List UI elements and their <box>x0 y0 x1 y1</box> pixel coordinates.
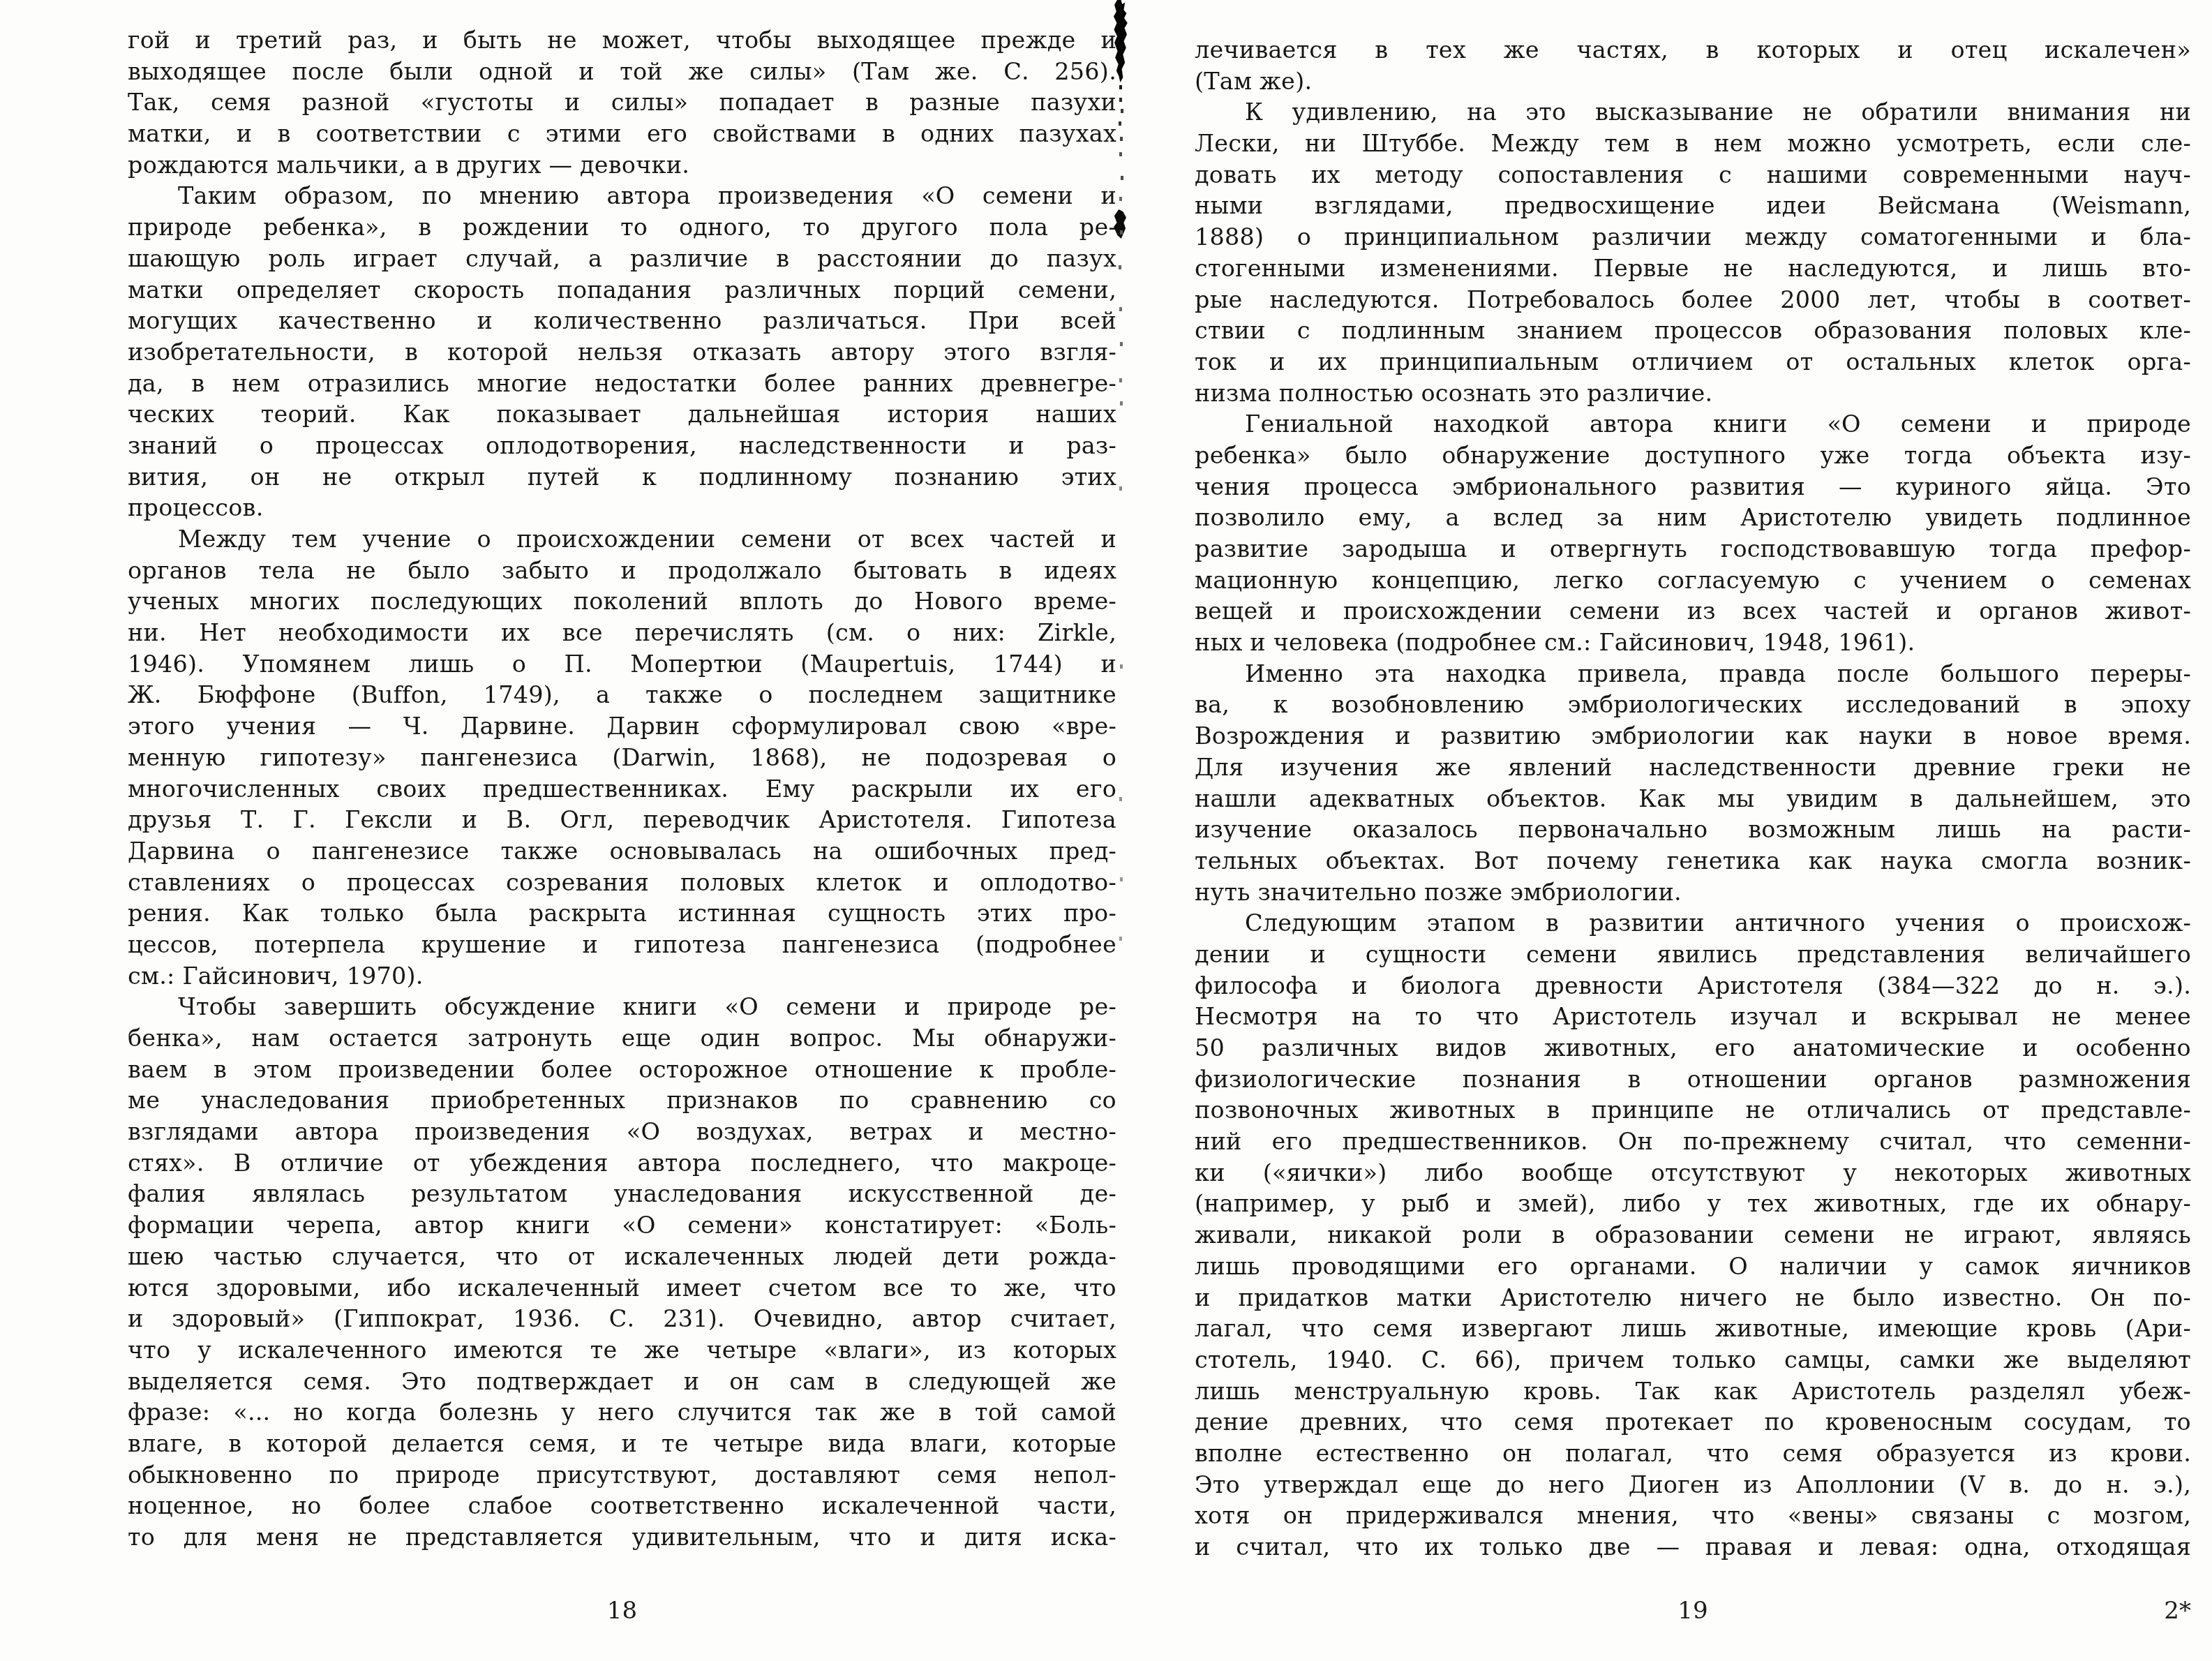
text-line: 1888) о принципиальном различии между со… <box>1195 222 2191 253</box>
text-line: ни. Нет необходимости их все перечислять… <box>128 618 1116 649</box>
text-line: многочисленных своих предшественниках. Е… <box>128 774 1116 805</box>
text-line: ных и человека (подробнее см.: Гайсинови… <box>1195 627 2191 659</box>
text-line: рые наследуются. Потребовалось более 200… <box>1195 285 2191 316</box>
text-line: матки определяет скорость попадания разл… <box>128 275 1116 306</box>
text-line: что у искалеченного имеются те же четыре… <box>128 1335 1116 1366</box>
text-line: органов тела не было забыто и продолжало… <box>128 556 1116 587</box>
text-line: ва, к возобновлению эмбриологических исс… <box>1195 690 2191 721</box>
text-line: Именно эта находка привела, правда после… <box>1195 659 2191 690</box>
signature-mark: 2* <box>2114 1597 2191 1625</box>
text-line: Ж. Бюффоне (Buffon, 1749), а также о пос… <box>128 680 1116 711</box>
text-line: гой и третий раз, и быть не может, чтобы… <box>128 25 1116 57</box>
text-line: Между тем учение о происхождении семени … <box>128 524 1116 556</box>
text-line: формации черепа, автор книги «О семени» … <box>128 1210 1116 1242</box>
text-line: 50 различных видов животных, его анатоми… <box>1195 1033 2191 1064</box>
text-line: друзья Т. Г. Гексли и В. Огл, переводчик… <box>128 805 1116 836</box>
text-line: физиологические познания в отношении орг… <box>1195 1064 2191 1096</box>
text-line: хотя он придерживался мнения, что «вены»… <box>1195 1500 2191 1532</box>
text-line: Дарвина о пангенезисе также основывалась… <box>128 836 1116 867</box>
text-line: шающую роль играет случай, а различие в … <box>128 244 1116 275</box>
text-line: лишь менструальную кровь. Так как Аристо… <box>1195 1376 2191 1408</box>
page-number-right: 19 <box>1195 1597 2191 1625</box>
text-line: шею частью случается, что от искалеченны… <box>128 1242 1116 1273</box>
text-line: Таким образом, по мнению автора произвед… <box>128 181 1116 212</box>
text-line: выделяется семя. Это подтверждает и он с… <box>128 1366 1116 1398</box>
text-line: бенка», нам остается затронуть еще один … <box>128 1023 1116 1055</box>
book-spread: гой и третий раз, и быть не может, чтобы… <box>0 0 2212 1661</box>
text-line: см.: Гайсинович, 1970). <box>128 961 1116 992</box>
text-line: довать их методу сопоставления с нашими … <box>1195 160 2191 191</box>
text-line: и здоровый» (Гиппократ, 1936. С. 231). О… <box>128 1304 1116 1335</box>
text-line: ствии с подлинным знанием процессов обра… <box>1195 315 2191 347</box>
text-line: Чтобы завершить обсуждение книги «О семе… <box>128 992 1116 1023</box>
text-line: мационную концепцию, легко согласуемую с… <box>1195 565 2191 597</box>
text-line: и считал, что их только две — правая и л… <box>1195 1532 2191 1563</box>
page-right-text: лечивается в тех же частях, в которых и … <box>1195 35 2191 1563</box>
text-line: (например, у рыб и змей), либо у тех жив… <box>1195 1189 2191 1220</box>
text-line: матки, и в соответствии с этими его свой… <box>128 119 1116 150</box>
text-line: нашли адекватных объектов. Как мы увидим… <box>1195 784 2191 815</box>
text-line: фразе: «... но когда болезнь у него случ… <box>128 1397 1116 1429</box>
text-line: процессов. <box>128 493 1116 524</box>
text-line: дении и сущности семени явились представ… <box>1195 939 2191 971</box>
text-line: рения. Как только была раскрыта истинная… <box>128 898 1116 930</box>
page-left-text: гой и третий раз, и быть не может, чтобы… <box>128 25 1116 1554</box>
text-line: ребенка» было обнаружение доступного уже… <box>1195 440 2191 472</box>
text-line: Это утверждал еще до него Диоген из Апол… <box>1195 1470 2191 1501</box>
text-line: обыкновенно по природе присутствуют, дос… <box>128 1460 1116 1491</box>
text-line: изобретательности, в которой нельзя отка… <box>128 337 1116 368</box>
text-line: природе ребенка», в рождении то одного, … <box>128 212 1116 244</box>
text-line: Следующим этапом в развитии античного уч… <box>1195 908 2191 939</box>
text-line: (Там же). <box>1195 66 2191 98</box>
text-line: изучение оказалось первоначально возможн… <box>1195 814 2191 846</box>
text-line: менную гипотезу» пангенезиса (Darwin, 18… <box>128 743 1116 774</box>
text-line: вития, он не открыл путей к подлинному п… <box>128 462 1116 493</box>
text-line: лагал, что семя извергают лишь животные,… <box>1195 1313 2191 1345</box>
text-line: цессов, потерпела крушение и гипотеза па… <box>128 930 1116 961</box>
text-line: тельных объектах. Вот почему генетика ка… <box>1195 846 2191 877</box>
text-line: лечивается в тех же частях, в которых и … <box>1195 35 2191 66</box>
text-line: Гениальной находкой автора книги «О семе… <box>1195 409 2191 440</box>
text-line: ноценное, но более слабое соответственно… <box>128 1491 1116 1522</box>
text-line: стях». В отличие от убеждения автора пос… <box>128 1148 1116 1179</box>
text-line: фалия являлась результатом унаследования… <box>128 1179 1116 1210</box>
text-line: Возрождения и развитию эмбриологии как н… <box>1195 721 2191 752</box>
text-line: философа и биолога древности Аристотеля … <box>1195 971 2191 1002</box>
text-line: Несмотря на то что Аристотель изучал и в… <box>1195 1001 2191 1033</box>
text-line: ются здоровыми, ибо искалеченный имеет с… <box>128 1273 1116 1304</box>
text-line: позвоночных животных в принципе не отлич… <box>1195 1095 2191 1126</box>
text-line: взглядами автора произведения «О воздуха… <box>128 1117 1116 1148</box>
text-line: К удивлению, на это высказывание не обра… <box>1195 97 2191 128</box>
text-line: Для изучения же явлений наследственности… <box>1195 752 2191 784</box>
text-line: то для меня не представляется удивительн… <box>128 1522 1116 1554</box>
text-line: этого учения — Ч. Дарвине. Дарвин сформу… <box>128 711 1116 743</box>
text-line: стотель, 1940. С. 66), причем только сам… <box>1195 1345 2191 1376</box>
text-line: развитие зародыша и отвергнуть господств… <box>1195 534 2191 565</box>
text-line: ваем в этом произведении более осторожно… <box>128 1055 1116 1086</box>
text-line: могущих качественно и количественно разл… <box>128 306 1116 337</box>
page-number-left: 18 <box>128 1597 1116 1625</box>
text-line: позволило ему, а вслед за ним Аристотелю… <box>1195 502 2191 534</box>
gutter-speckles <box>1119 85 1122 89</box>
text-line: ставлениях о процессах созревания половы… <box>128 867 1116 899</box>
text-line: 1946). Упомянем лишь о П. Мопертюи (Maup… <box>128 649 1116 680</box>
text-line: Так, семя разной «густоты и силы» попада… <box>128 87 1116 119</box>
text-line: ток и их принципиальным отличием от оста… <box>1195 347 2191 378</box>
text-line: влаге, в которой делается семя, и те чет… <box>128 1429 1116 1460</box>
text-line: чения процесса эмбрионального развития —… <box>1195 472 2191 503</box>
text-line: да, в нем отразились многие недостатки б… <box>128 368 1116 400</box>
text-line: живали, никакой роли в образовании семен… <box>1195 1220 2191 1251</box>
text-line: дение древних, что семя протекает по кро… <box>1195 1407 2191 1438</box>
text-line: вещей и происхождении семени из всех час… <box>1195 596 2191 627</box>
text-line: низма полностью осознать это различие. <box>1195 378 2191 410</box>
text-line: ученых многих последующих поколений впло… <box>128 586 1116 618</box>
text-line: рождаются мальчики, а в других — девочки… <box>128 150 1116 181</box>
text-line: и придатков матки Аристотелю ничего не б… <box>1195 1283 2191 1314</box>
text-line: Лески, ни Штуббе. Между тем в нем можно … <box>1195 128 2191 160</box>
text-line: стогенными изменениями. Первые не наслед… <box>1195 253 2191 285</box>
text-line: ний его предшественников. Он по-прежнему… <box>1195 1126 2191 1158</box>
text-line: выходящее после были одной и той же силы… <box>128 57 1116 88</box>
text-line: ными взглядами, предвосхищение идеи Вейс… <box>1195 191 2191 222</box>
text-line: вполне естественно он полагал, что семя … <box>1195 1438 2191 1470</box>
text-line: ки («яички») либо вообще отсутствуют у н… <box>1195 1158 2191 1189</box>
text-line: нуть значительно позже эмбриологии. <box>1195 877 2191 909</box>
text-line: ческих теорий. Как показывает дальнейшая… <box>128 399 1116 431</box>
text-line: лишь проводящими его органами. О наличии… <box>1195 1251 2191 1283</box>
text-line: знаний о процессах оплодотворения, насле… <box>128 431 1116 462</box>
text-line: ме унаследования приобретенных признаков… <box>128 1085 1116 1117</box>
